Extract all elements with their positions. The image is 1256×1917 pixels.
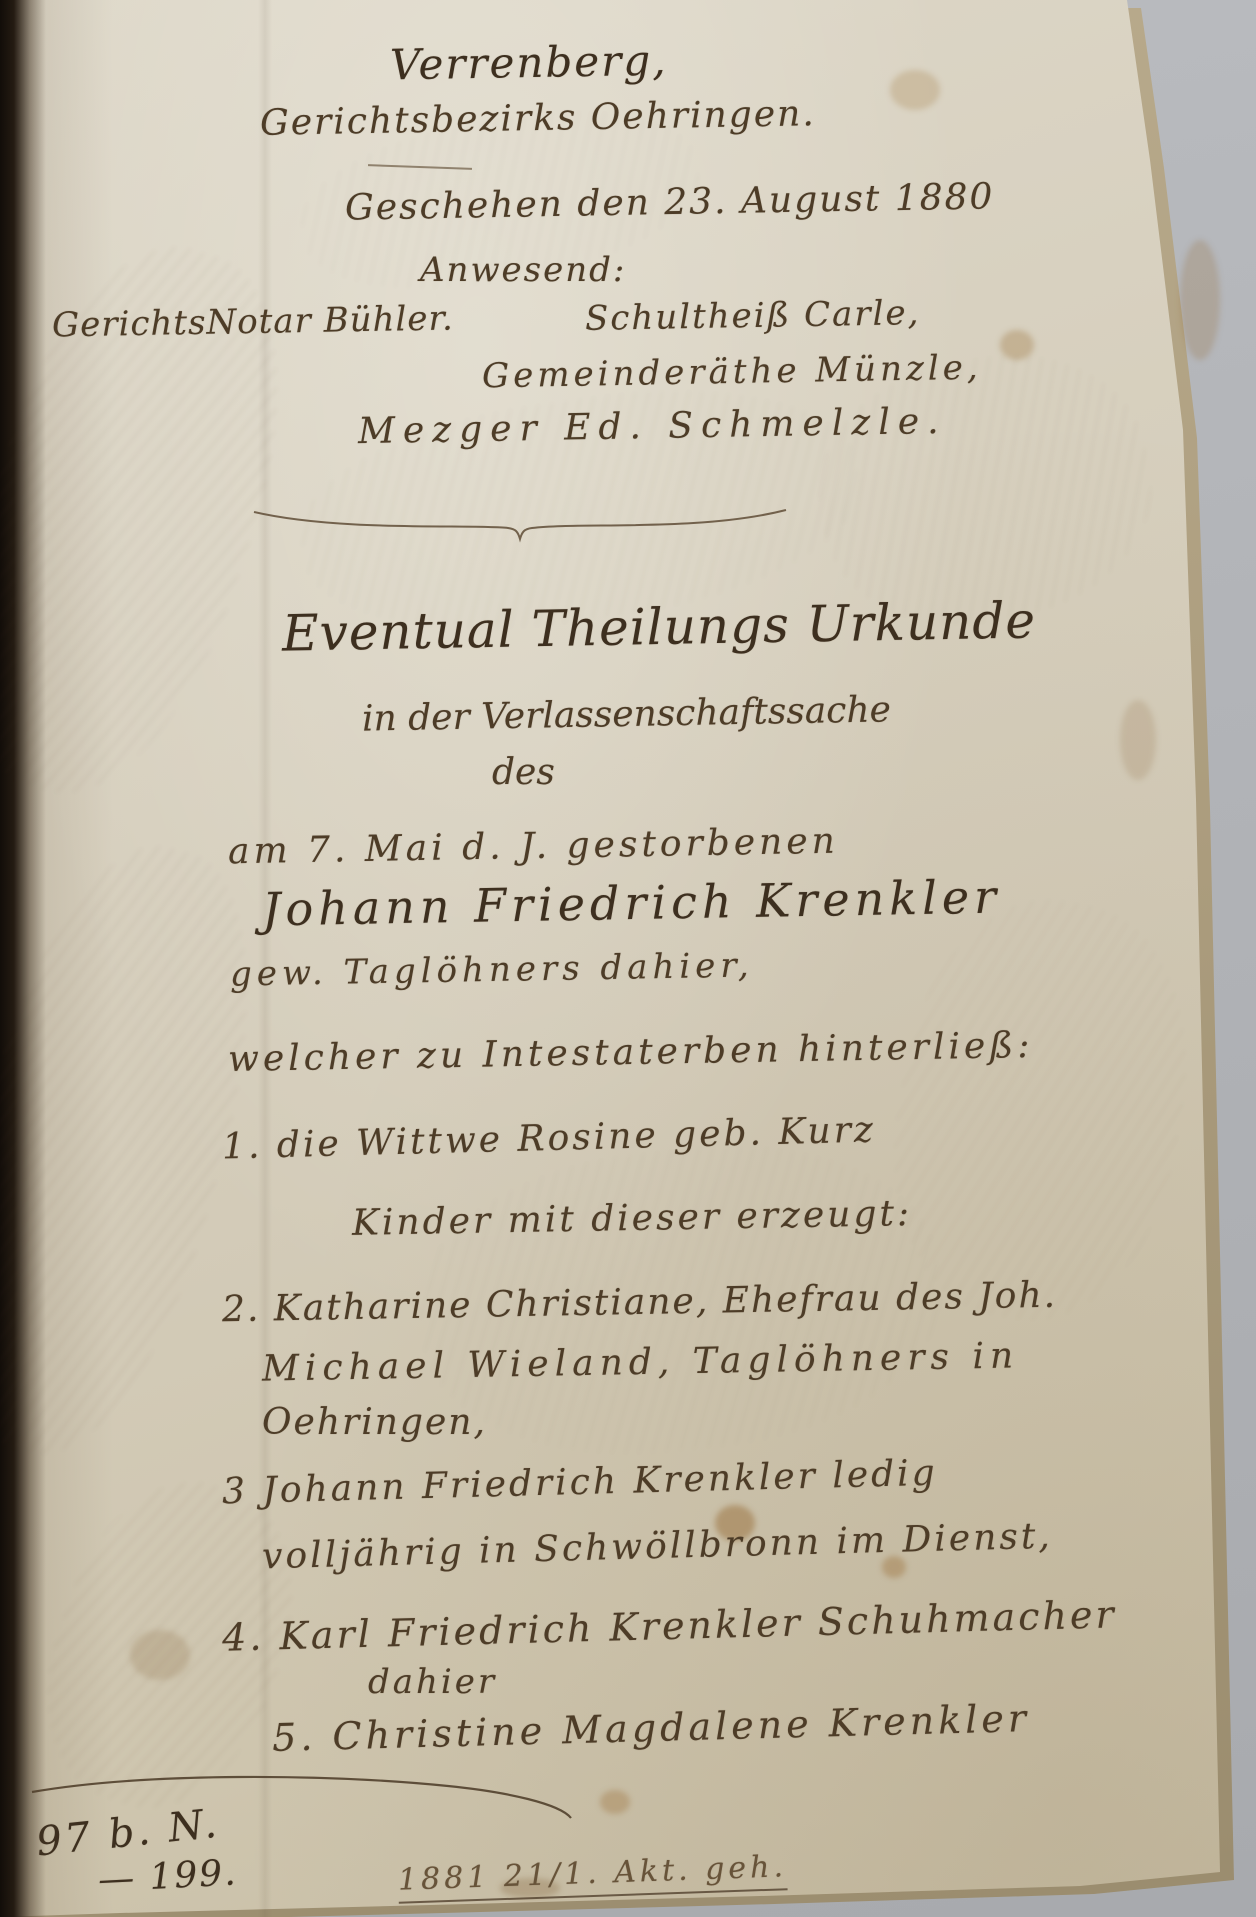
archive-number-line-2: — 199.: [97, 1852, 239, 1900]
notary-line: GerichtsNotar Bühler.: [52, 298, 454, 345]
heir-2-line-3: Oehringen,: [262, 1402, 487, 1443]
book-binding-edge: [0, 0, 46, 1917]
heir-4-line-2: dahier: [368, 1662, 497, 1702]
divider-brace-flourish: [250, 498, 790, 544]
document-photo: Verrenberg, Gerichtsbezirks Oehringen. G…: [0, 0, 1256, 1917]
stain: [1180, 240, 1220, 360]
attendee-line-1: Schultheiß Carle,: [585, 293, 921, 339]
place-line: Verrenberg,: [390, 36, 668, 90]
present-label: Anwesend:: [420, 250, 626, 290]
deed-subtitle-2: des: [492, 752, 555, 793]
